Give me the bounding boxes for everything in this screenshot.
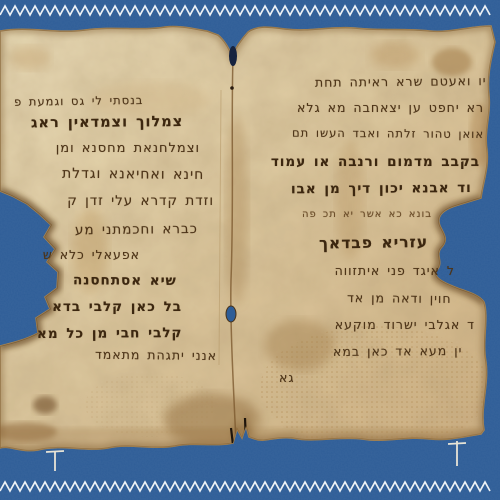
ink-spot xyxy=(230,86,234,90)
follicle-dots-right xyxy=(260,326,490,450)
notch-dark-drip xyxy=(229,46,237,66)
stain xyxy=(370,42,420,68)
light-patch xyxy=(90,82,210,118)
follicle-dots-left xyxy=(85,373,215,437)
fold-shadow xyxy=(226,115,248,305)
stain xyxy=(10,46,50,70)
thread-left-bar xyxy=(46,451,64,452)
manuscript-photo: בנסתי לי גס וגמעת פ צמלוך וצמדאין ראג וצ… xyxy=(0,0,500,500)
stain xyxy=(432,48,472,76)
stain xyxy=(72,208,108,292)
stain xyxy=(336,140,364,260)
thread-right-bar xyxy=(448,443,466,444)
dark-stain xyxy=(33,396,57,414)
fold-hole xyxy=(226,306,236,322)
photo-artwork xyxy=(0,0,500,500)
